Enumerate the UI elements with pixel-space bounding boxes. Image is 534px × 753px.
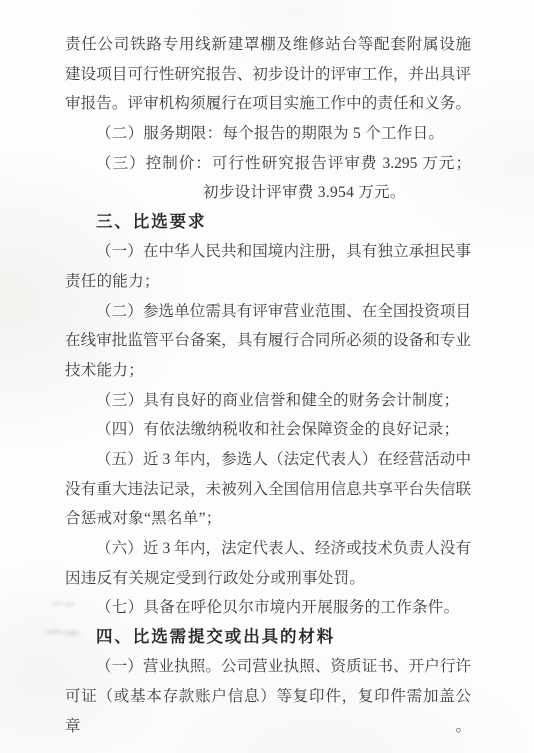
text-line: 在线审批监管平台备案，具有履行合同所必须的设备和专业	[65, 326, 471, 356]
document-page: 责任公司铁路专用线新建罩棚及维修站台等配套附属设施 建设项目可行性研究报告、初步…	[0, 0, 534, 753]
text-line: 技术能力；	[65, 356, 471, 386]
text-line: 因违反有关规定受到行政处分或刑事处罚。	[65, 564, 471, 594]
text-line: （二）参选单位需具有评审营业范围、在全国投资项目	[65, 297, 471, 327]
text-line: （一）在中华人民共和国境内注册，具有独立承担民事	[65, 237, 471, 267]
text-line: 审报告。评审机构须履行在项目实施工作中的责任和义务。	[65, 89, 471, 119]
text-line: 建设项目可行性研究报告、初步设计的评审工作，并出具评	[65, 60, 471, 90]
text-line: 责任公司铁路专用线新建罩棚及维修站台等配套附属设施	[65, 30, 471, 60]
text-line: （五）近 3 年内，参选人（法定代表人）在经营活动中	[65, 445, 471, 475]
text-line: 合惩戒对象“黑名单”；	[65, 504, 471, 534]
text-line: （四）有依法缴纳税收和社会保障资金的良好记录；	[65, 415, 471, 445]
text-line: （三）控制价：可行性研究报告评审费 3.295 万元；	[65, 149, 471, 179]
text-line: 可证（或基本存款账户信息）等复印件，复印件需加盖公章。	[65, 682, 471, 712]
section-heading: 三、比选要求	[65, 208, 471, 238]
text-line: 初步设计评审费 3.954 万元。	[65, 178, 471, 208]
text-line: （七）具备在呼伦贝尔市境内开展服务的工作条件。	[65, 593, 471, 623]
text-line: （一）营业执照。公司营业执照、资质证书、开户行许	[65, 652, 471, 682]
text-line: （二）服务期限：每个报告的期限为 5 个工作日。	[65, 119, 471, 149]
document-text-block: 责任公司铁路专用线新建罩棚及维修站台等配套附属设施 建设项目可行性研究报告、初步…	[65, 30, 471, 712]
text-line: （三）具有良好的商业信誉和健全的财务会计制度；	[65, 386, 471, 416]
section-heading: 四、比选需提交或出具的材料	[65, 623, 471, 653]
text-line: （六）近 3 年内，法定代表人、经济或技术负责人没有	[65, 534, 471, 564]
text-line: 没有重大违法记录，未被列入全国信用信息共享平台失信联	[65, 475, 471, 505]
text-line: 责任的能力；	[65, 267, 471, 297]
